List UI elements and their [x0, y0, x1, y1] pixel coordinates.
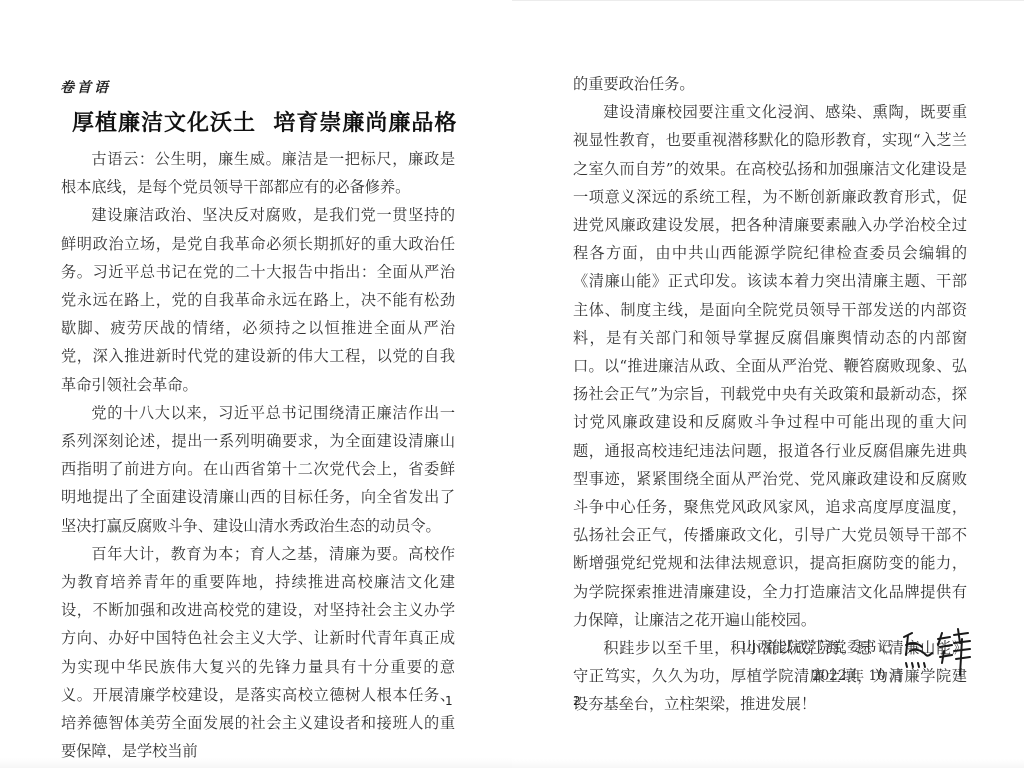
- left-body-text: 古语云：公生明，廉生威。廉洁是一把标尺，廉政是根本底线，是每个党员领导干部都应有…: [61, 145, 455, 765]
- paragraph: 建设廉洁政治、坚决反对腐败，是我们党一贯坚持的鲜明政治立场，是党自我革命必须长期…: [61, 201, 455, 398]
- section-kicker: 卷首语: [60, 77, 111, 97]
- paragraph-continuation: 的重要政治任务。: [573, 70, 967, 98]
- paragraph: 古语云：公生明，廉生威。廉洁是一把标尺，廉政是根本底线，是每个党员领导干部都应有…: [61, 145, 455, 201]
- signoff-title: 山西能院学院党委书记: [742, 636, 892, 657]
- paragraph: 百年大计，教育为本；育人之基，清廉为要。高校作为教育培养青年的重要阵地，持续推进…: [61, 540, 455, 766]
- page-edge-shadow: [512, 759, 1024, 768]
- page-number: 1: [445, 694, 453, 708]
- handwritten-signature-icon: [898, 625, 978, 681]
- page-number: 2: [573, 694, 581, 708]
- article-title: 厚植廉洁文化沃土 培育崇廉尚廉品格: [72, 106, 457, 137]
- right-body-text: 的重要政治任务。 建设清廉校园要注重文化浸润、感染、熏陶，既要重视显性教育，也要…: [573, 70, 967, 719]
- page-left: 卷首语 厚植廉洁文化沃土 培育崇廉尚廉品格 古语云：公生明，廉生威。廉洁是一把标…: [0, 0, 512, 768]
- paragraph: 建设清廉校园要注重文化浸润、感染、熏陶，既要重视显性教育，也要重视潜移默化的隐形…: [573, 98, 967, 634]
- signoff-date: 2022 年 10 月: [812, 664, 903, 684]
- page-edge-shadow: [0, 758, 512, 768]
- paragraph: 党的十八大以来，习近平总书记围绕清正廉洁作出一系列深刻论述，提出一系列明确要求，…: [61, 399, 455, 540]
